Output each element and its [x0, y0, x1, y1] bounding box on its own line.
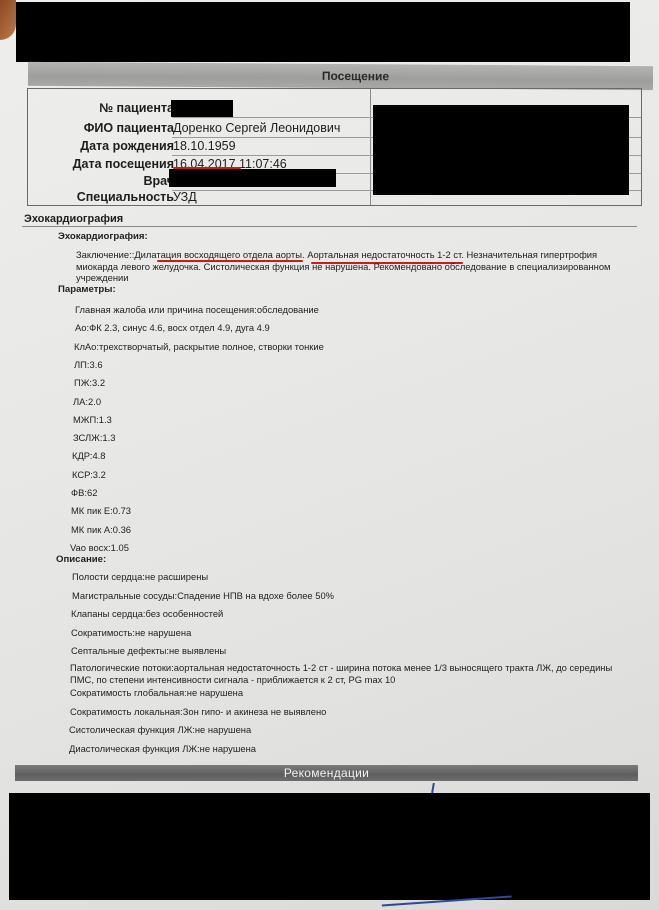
param-item: ЛП:3.6	[74, 359, 103, 370]
param-item: Главная жалоба или причина посещения:обс…	[75, 304, 319, 315]
description-item: Клапаны сердца:без особенностей	[71, 608, 223, 619]
visit-date-underline	[173, 167, 241, 169]
specialty-value: УЗД	[173, 190, 197, 204]
param-item: ФВ:62	[71, 487, 97, 498]
birth-date-value: 18.10.1959	[173, 139, 236, 153]
param-item: ЗСЛЖ:1.3	[73, 432, 115, 443]
conclusion-highlight-2: Аортальная недостаточность 1-2 ст	[307, 249, 461, 260]
description-item: Сократимость локальная:Зон гипо- и акине…	[70, 706, 326, 717]
param-item: Ао:ФК 2.3, синус 4.6, восх отдел 4.9, ду…	[75, 322, 270, 333]
conclusion-line-3: учреждении	[76, 272, 129, 283]
param-item: МЖП:1.3	[73, 414, 112, 425]
redacted-right-block	[373, 105, 629, 195]
description-item: Систолическая функция ЛЖ:не нарушена	[69, 724, 251, 735]
recommendations-section-bar: Рекомендации	[15, 765, 638, 781]
description-title: Описание:	[56, 554, 106, 565]
pathological-flows-line-1: Патологические потоки:аортальная недоста…	[70, 662, 612, 673]
echo-section-title: Эхокардиография	[24, 213, 123, 225]
param-item: КлАо:трехстворчатый, раскрытие полное, с…	[74, 341, 324, 352]
patient-name-value: Доренко Сергей Леонидович	[173, 121, 340, 135]
param-item: КДР:4.8	[72, 450, 106, 461]
redacted-patient-number	[171, 100, 233, 117]
description-item: Сократимость глобальная:не нарушена	[70, 687, 243, 698]
param-item: Vao восх:1.05	[70, 542, 129, 553]
description-item: Сократимость:не нарушена	[71, 627, 191, 638]
redacted-doctor	[169, 169, 336, 187]
visit-section-bar: Посещение	[28, 62, 653, 90]
param-item: МК пик Е:0.73	[71, 505, 131, 516]
description-item: Диастолическая функция ЛЖ:не нарушена	[69, 743, 256, 754]
param-item: ПЖ:3.2	[74, 377, 105, 388]
conclusion-line-2: миокарда левого желудочка. Систолическая…	[76, 261, 610, 272]
recommendations-title: Рекомендации	[284, 766, 369, 780]
param-item: ЛА:2.0	[73, 396, 101, 407]
echo-section-divider	[22, 226, 637, 227]
conclusion-highlight-1: Дилатация восходящего отдела аорты	[134, 249, 302, 260]
redacted-recommendations	[9, 793, 650, 900]
description-item: Септальные дефекты:не выявлены	[71, 645, 226, 656]
conclusion-line-1: Заключение::Дилатация восходящего отдела…	[76, 249, 597, 260]
photo-corner-shadow	[0, 0, 16, 40]
description-item: Магистральные сосуды:Спадение НПВ на вдо…	[72, 590, 334, 601]
pathological-flows-line-2: ПМС, по степени интенсивности сигнала - …	[70, 674, 395, 685]
params-title: Параметры:	[58, 284, 116, 295]
param-item: КСР:3.2	[72, 469, 106, 480]
description-item: Полости сердца:не расширены	[72, 571, 208, 582]
redacted-header	[16, 2, 630, 62]
param-item: МК пик А:0.36	[71, 524, 131, 535]
echo-subsection-title: Эхокардиография:	[58, 231, 148, 242]
visit-section-title: Посещение	[322, 69, 389, 83]
stamp-mark-top	[431, 783, 435, 793]
